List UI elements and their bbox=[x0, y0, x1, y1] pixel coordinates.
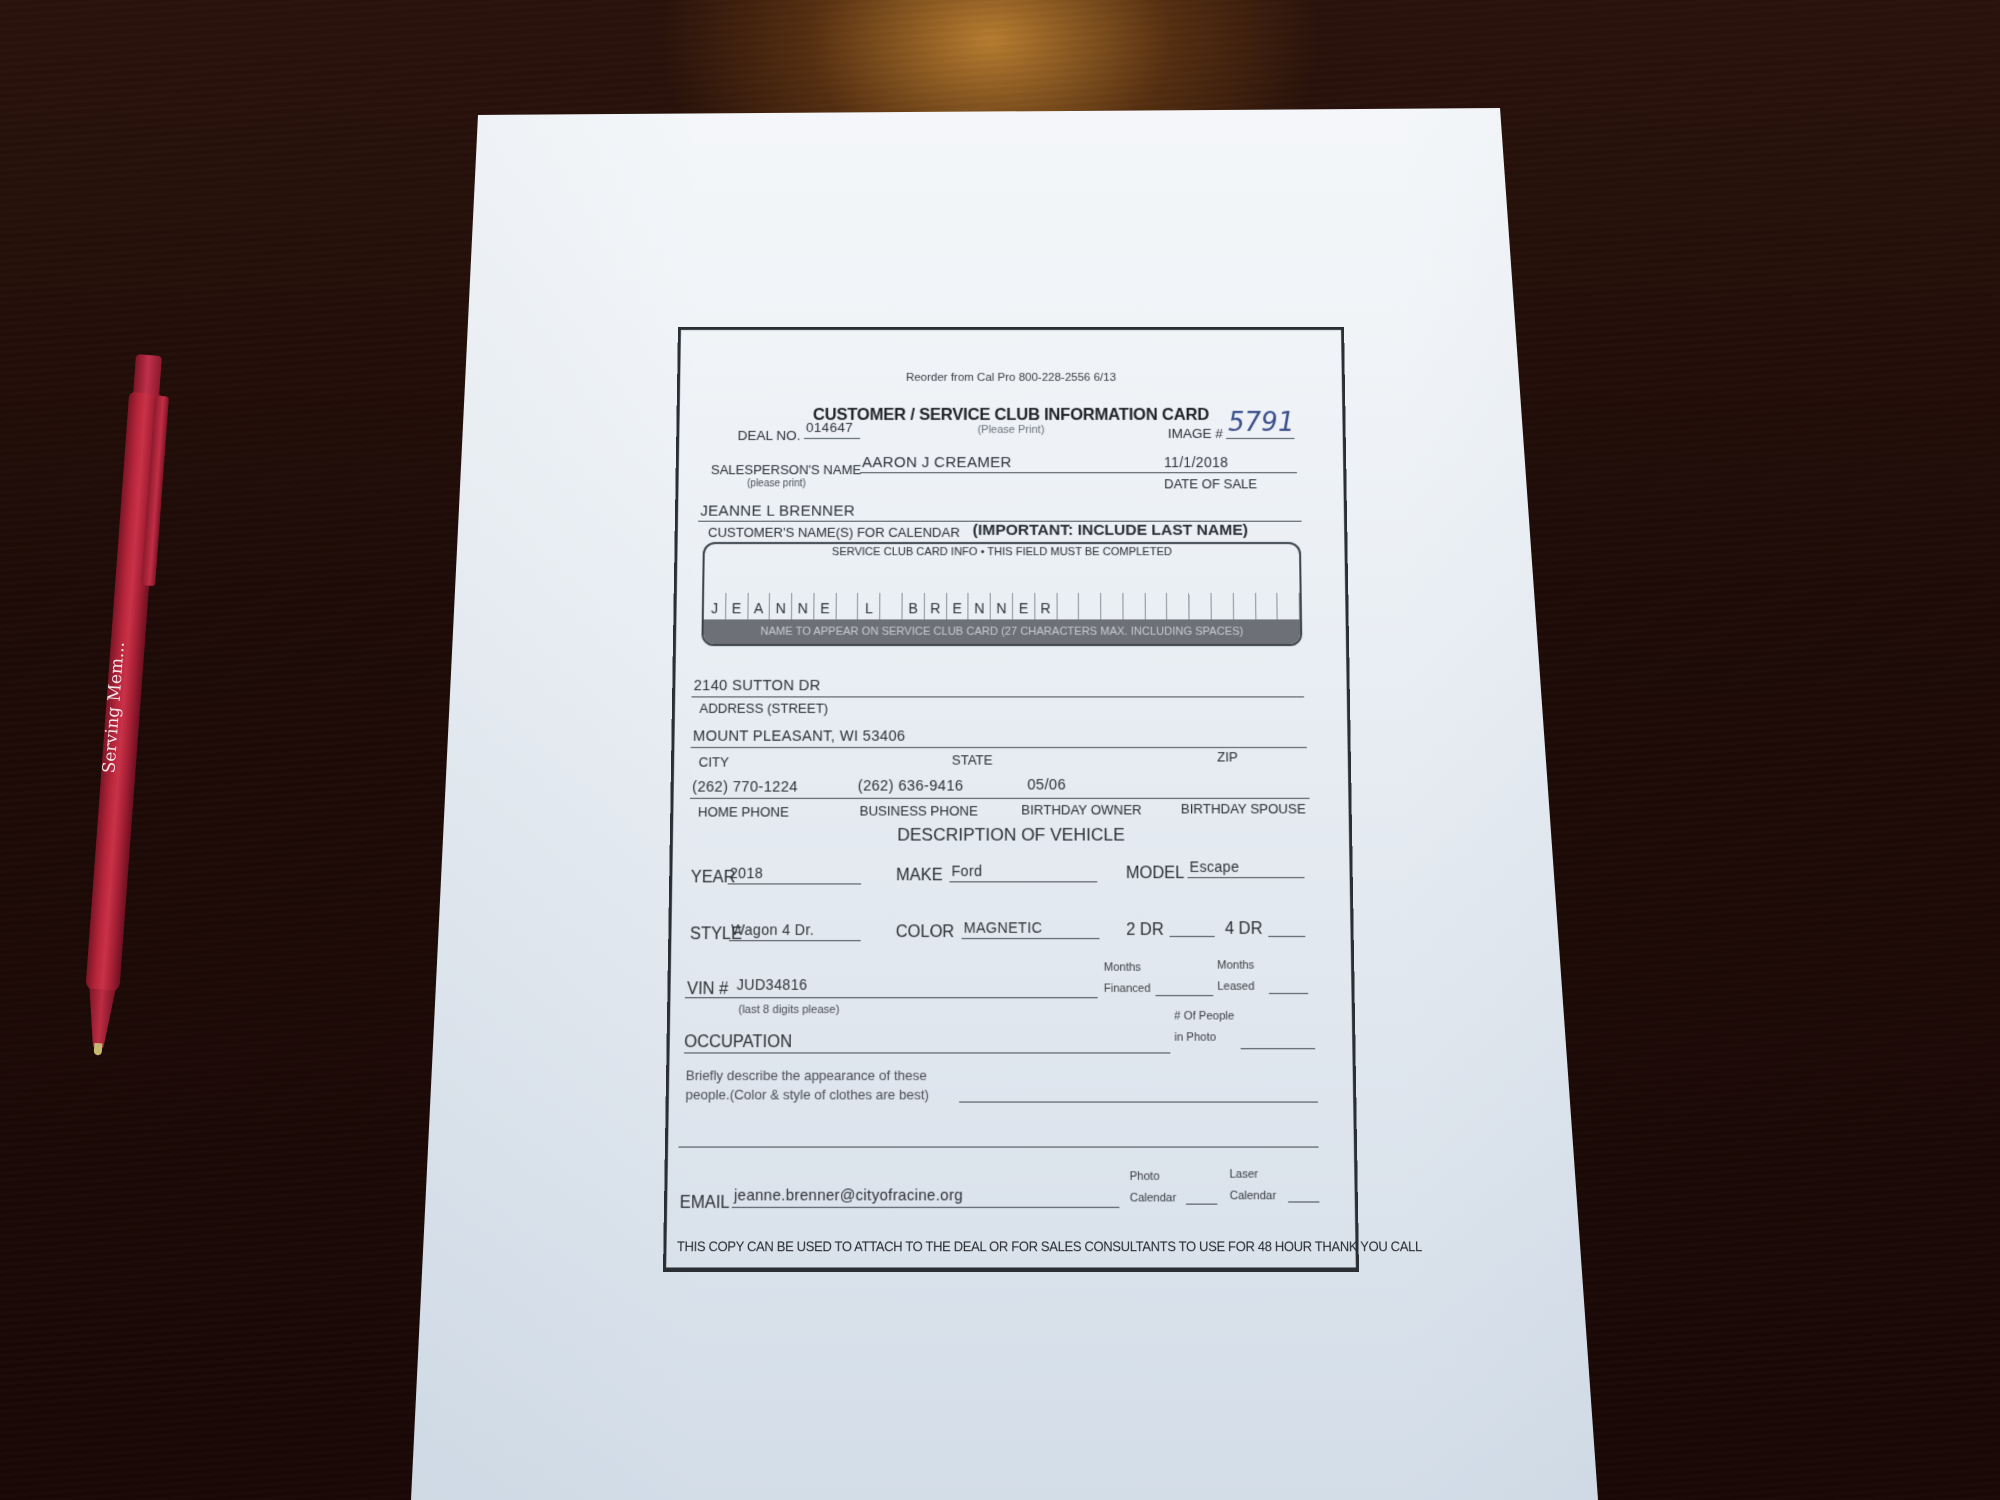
color-label: COLOR bbox=[896, 923, 955, 942]
deal-no-label: DEAL NO. bbox=[737, 428, 800, 443]
service-club-char-cell[interactable]: R bbox=[1035, 593, 1057, 620]
service-club-char-cell[interactable]: E bbox=[814, 593, 836, 620]
service-club-char-cell[interactable]: R bbox=[925, 593, 947, 620]
salesperson-label: SALESPERSON'S NAME bbox=[711, 462, 861, 477]
service-club-box: SERVICE CLUB CARD INFO • THIS FIELD MUST… bbox=[701, 542, 1302, 646]
make-label: MAKE bbox=[896, 867, 943, 886]
deal-no-value[interactable]: 014647 bbox=[806, 420, 853, 435]
home-phone-value[interactable]: (262) 770-1224 bbox=[692, 779, 798, 796]
customer-info-card: Reorder from Cal Pro 800-228-2556 6/13 C… bbox=[663, 327, 1359, 1272]
birthday-spouse-label: BIRTHDAY SPOUSE bbox=[1181, 801, 1306, 817]
appearance-label-line2: people.(Color & style of clothes are bes… bbox=[685, 1087, 929, 1103]
style-value[interactable]: Wagon 4 Dr. bbox=[731, 921, 814, 938]
service-club-char-cell[interactable]: N bbox=[969, 593, 991, 620]
service-club-char-cell[interactable] bbox=[1234, 593, 1256, 620]
image-no-label: IMAGE # bbox=[1168, 426, 1223, 441]
service-club-char-cell[interactable]: N bbox=[770, 593, 792, 620]
vin-value[interactable]: JUD34816 bbox=[737, 976, 808, 993]
pen-ballpoint bbox=[94, 1043, 103, 1056]
vin-sublabel: (last 8 digits please) bbox=[738, 1004, 839, 1017]
service-club-char-cell[interactable]: A bbox=[748, 593, 770, 620]
make-value[interactable]: Ford bbox=[951, 862, 982, 879]
four-door-label: 4 DR bbox=[1225, 920, 1263, 939]
service-club-char-cell[interactable]: B bbox=[903, 593, 925, 620]
photo-calendar-label-top: Photo bbox=[1130, 1170, 1160, 1183]
address-value[interactable]: 2140 SUTTON DR bbox=[694, 678, 821, 694]
service-club-char-cell[interactable]: L bbox=[858, 593, 880, 620]
date-of-sale-value[interactable]: 11/1/2018 bbox=[1164, 454, 1229, 470]
months-financed-label-bottom: Financed bbox=[1104, 982, 1151, 995]
model-label: MODEL bbox=[1126, 865, 1185, 884]
service-club-char-cell[interactable] bbox=[1057, 593, 1079, 620]
service-club-char-cell[interactable] bbox=[1211, 593, 1233, 620]
salesperson-value[interactable]: AARON J CREAMER bbox=[862, 454, 1012, 471]
city-label: CITY bbox=[699, 754, 729, 770]
service-club-char-cell[interactable]: N bbox=[991, 593, 1013, 620]
customer-name-value[interactable]: JEANNE L BRENNER bbox=[700, 503, 855, 520]
salesperson-sublabel: (please print) bbox=[747, 478, 806, 489]
service-club-char-cell[interactable]: N bbox=[792, 593, 814, 620]
home-phone-label: HOME PHONE bbox=[698, 804, 789, 820]
year-value[interactable]: 2018 bbox=[730, 865, 763, 882]
two-door-label: 2 DR bbox=[1126, 921, 1164, 940]
business-phone-label: BUSINESS PHONE bbox=[860, 803, 978, 819]
service-club-char-cell[interactable] bbox=[1101, 593, 1123, 620]
important-note: (IMPORTANT: INCLUDE LAST NAME) bbox=[973, 522, 1248, 540]
service-club-char-cell[interactable] bbox=[836, 593, 858, 620]
service-club-char-cell[interactable] bbox=[1256, 593, 1278, 620]
service-club-char-cell[interactable]: E bbox=[1013, 593, 1035, 620]
people-in-photo-label-bottom: in Photo bbox=[1174, 1031, 1216, 1044]
state-label: STATE bbox=[952, 752, 993, 768]
service-club-char-cell[interactable]: E bbox=[947, 593, 969, 620]
email-label: EMAIL bbox=[680, 1194, 730, 1213]
service-club-char-cell[interactable] bbox=[880, 593, 902, 620]
business-phone-value[interactable]: (262) 636-9416 bbox=[858, 778, 964, 795]
address-label: ADDRESS (STREET) bbox=[699, 701, 828, 716]
email-value[interactable]: jeanne.brenner@cityofracine.org bbox=[734, 1187, 963, 1204]
date-of-sale-label: DATE OF SALE bbox=[1164, 476, 1257, 491]
service-club-char-cell[interactable] bbox=[1278, 593, 1300, 620]
image-no-value[interactable]: 5791 bbox=[1228, 408, 1295, 438]
service-club-footer: NAME TO APPEAR ON SERVICE CLUB CARD (27 … bbox=[703, 619, 1300, 644]
footer-note: THIS COPY CAN BE USED TO ATTACH TO THE D… bbox=[677, 1239, 1422, 1254]
service-club-char-cell[interactable] bbox=[1167, 593, 1189, 620]
service-club-char-cell[interactable]: E bbox=[726, 593, 748, 620]
color-value[interactable]: MAGNETIC bbox=[964, 919, 1043, 936]
service-club-char-cell[interactable] bbox=[1079, 593, 1101, 620]
service-club-char-cell[interactable] bbox=[1123, 593, 1145, 620]
occupation-label: OCCUPATION bbox=[684, 1033, 792, 1052]
service-club-character-grid[interactable]: JEANNE L BRENNER bbox=[704, 589, 1300, 620]
people-in-photo-label-top: # Of People bbox=[1174, 1010, 1234, 1023]
photo-calendar-label-bottom: Calendar bbox=[1130, 1192, 1177, 1205]
birthday-owner-value[interactable]: 05/06 bbox=[1027, 777, 1066, 794]
birthday-owner-label: BIRTHDAY OWNER bbox=[1021, 802, 1142, 818]
service-club-header: SERVICE CLUB CARD INFO • THIS FIELD MUST… bbox=[705, 546, 1299, 558]
service-club-char-cell[interactable] bbox=[1145, 593, 1167, 620]
pen-tip bbox=[85, 988, 115, 1048]
model-value[interactable]: Escape bbox=[1189, 858, 1239, 875]
customer-name-label: CUSTOMER'S NAME(S) FOR CALENDAR bbox=[708, 525, 960, 540]
zip-label: ZIP bbox=[1217, 749, 1238, 765]
months-leased-label-bottom: Leased bbox=[1217, 980, 1254, 993]
months-financed-label-top: Months bbox=[1104, 961, 1141, 974]
vehicle-section-heading: DESCRIPTION OF VEHICLE bbox=[673, 825, 1349, 846]
service-club-char-cell[interactable] bbox=[1189, 593, 1211, 620]
city-state-zip-value[interactable]: MOUNT PLEASANT, WI 53406 bbox=[693, 728, 906, 745]
service-club-char-cell[interactable]: J bbox=[704, 593, 726, 620]
laser-calendar-label-top: Laser bbox=[1229, 1168, 1258, 1181]
months-leased-label-top: Months bbox=[1217, 959, 1254, 972]
reorder-line: Reorder from Cal Pro 800-228-2556 6/13 bbox=[680, 372, 1342, 384]
appearance-label-line1: Briefly describe the appearance of these bbox=[686, 1067, 927, 1083]
laser-calendar-label-bottom: Calendar bbox=[1230, 1190, 1277, 1203]
